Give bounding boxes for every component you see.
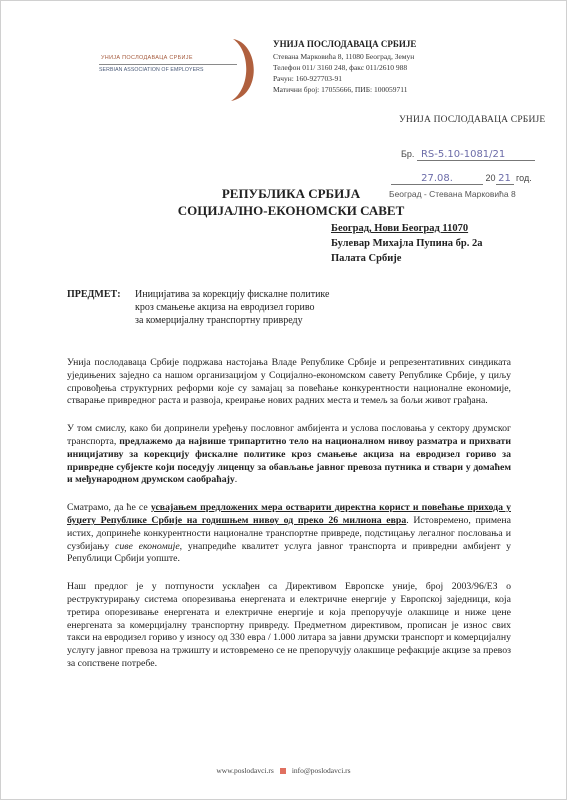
p3-grey-economy-italic: сиве економије — [115, 541, 180, 552]
body-paragraph-4: Наш предлог је у потпуности усклађен са … — [67, 581, 511, 671]
subject-line-1: Иницијатива за корекцију фискалне полити… — [135, 288, 435, 301]
logo-swoosh-icon — [229, 37, 261, 103]
document-page: УНИЈА ПОСЛОДАВАЦА СРБИЈЕ SERBIAN ASSOCIA… — [0, 0, 567, 800]
body-paragraph-2: У том смислу, како би допринели уређењу … — [67, 423, 511, 487]
subject-label: ПРЕДМЕТ: — [67, 288, 133, 301]
subject-line-3: за комерцијалну транспортну привреду — [135, 314, 435, 327]
letter-body: Унија послодаваца Србије подржава настој… — [67, 357, 511, 686]
p2-proposal-bold: предлажемо да највише трипартитно тело н… — [67, 436, 511, 485]
footer-email: info@poslodavci.rs — [292, 766, 351, 775]
organization-phone: Телефон 011/ 3160 248, факс 011/2610 988 — [273, 62, 416, 73]
subject-line-2: кроз смањење акциза на евродизел гориво — [135, 301, 435, 314]
recipient-heading: РЕПУБЛИКА СРБИЈА СОЦИЈАЛНО-ЕКОНОМСКИ САВ… — [161, 185, 421, 219]
stamp-number: Бр. RS-5.10-1081/21 — [401, 149, 535, 160]
p2-end: . — [235, 474, 237, 485]
stamp-date-value: 27.08. — [391, 173, 483, 185]
recipient-address-line-1: Београд, Нови Београд 11070 — [331, 221, 482, 236]
p3-text-start: Сматрамо, да ће се — [67, 502, 151, 513]
organization-account: Рачун: 160-927703-91 — [273, 73, 416, 84]
recipient-line-2: СОЦИЈАЛНО-ЕКОНОМСКИ САВЕТ — [161, 202, 421, 219]
page-footer: www.poslodavci.rsinfo@poslodavci.rs — [1, 766, 566, 775]
organization-ids: Матични број: 17055666, ПИБ: 100059711 — [273, 84, 416, 95]
recipient-address: Београд, Нови Београд 11070 Булевар Миха… — [331, 221, 482, 266]
stamp-year-suffix: год. — [516, 173, 532, 183]
subject-block: ПРЕДМЕТ: Иницијатива за корекцију фискал… — [67, 288, 133, 301]
recipient-line-1: РЕПУБЛИКА СРБИЈА — [161, 185, 421, 202]
stamp-year-value: 21 — [496, 173, 514, 185]
stamp-title: УНИЈА ПОСЛОДАВАЦА СРБИЈЕ — [399, 115, 545, 125]
logo-text-english: SERBIAN ASSOCIATION OF EMPLOYERS — [99, 67, 204, 73]
organization-name: УНИЈА ПОСЛОДАВАЦА СРБИЈЕ — [273, 39, 416, 50]
recipient-address-line-2: Булевар Михајла Пупина бр. 2а — [331, 236, 482, 251]
recipient-address-line-3: Палата Србије — [331, 251, 482, 266]
stamp-number-value: RS-5.10-1081/21 — [417, 149, 535, 161]
stamp-year-prefix: 20 — [486, 173, 496, 183]
body-paragraph-3: Сматрамо, да ће се усвајањем предложених… — [67, 502, 511, 566]
footer-separator-icon — [280, 768, 286, 774]
logo-divider — [99, 64, 237, 65]
organization-info: УНИЈА ПОСЛОДАВАЦА СРБИЈЕ Стевана Маркови… — [273, 39, 416, 95]
logo-text-serbian: УНИЈА ПОСЛОДАВАЦА СРБИЈЕ — [101, 55, 193, 61]
organization-logo: УНИЈА ПОСЛОДАВАЦА СРБИЈЕ SERBIAN ASSOCIA… — [99, 37, 279, 103]
organization-address: Стевана Марковића 8, 11080 Београд, Зему… — [273, 51, 416, 62]
stamp-date: 27.08. 2021 год. — [389, 173, 564, 185]
footer-website: www.poslodavci.rs — [216, 766, 273, 775]
subject-text: Иницијатива за корекцију фискалне полити… — [135, 288, 435, 327]
stamp-number-label: Бр. — [401, 149, 414, 159]
body-paragraph-1: Унија послодаваца Србије подржава настој… — [67, 357, 511, 408]
